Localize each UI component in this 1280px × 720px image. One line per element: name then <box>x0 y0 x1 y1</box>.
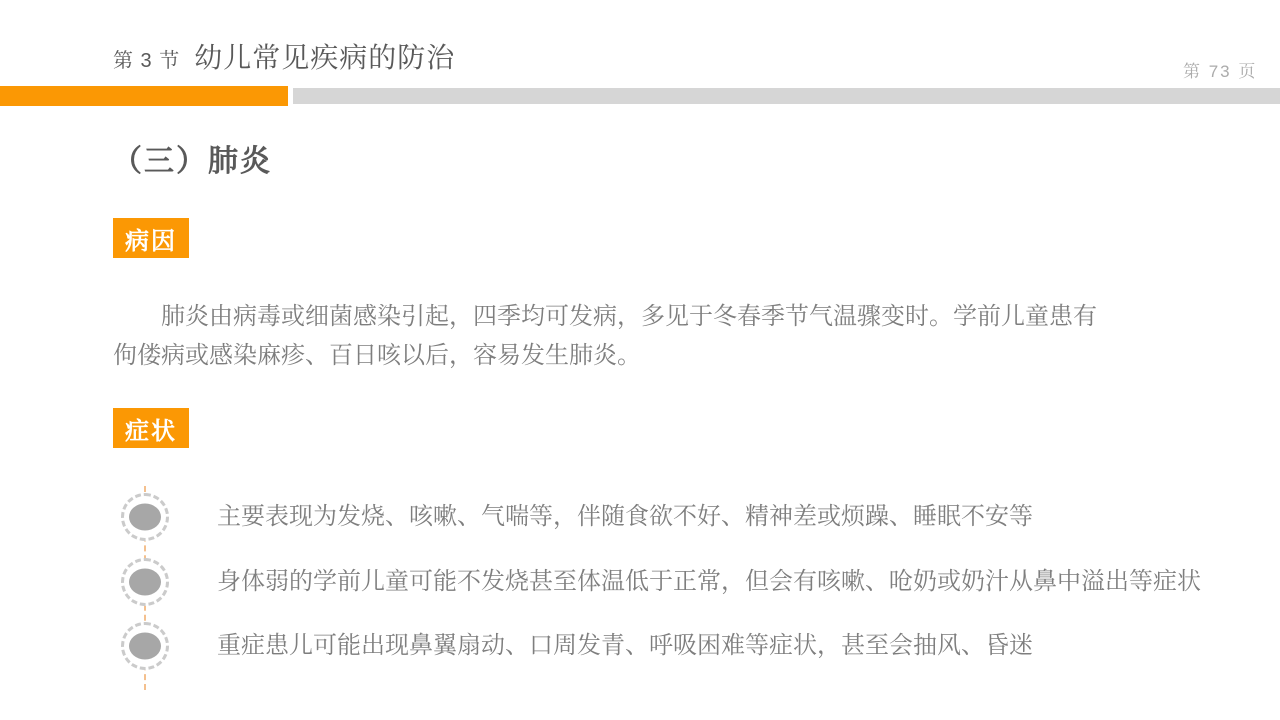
bullet-circle-icon <box>121 493 169 541</box>
symptom-text: 身体弱的学前儿童可能不发烧甚至体温低于正常，但会有咳嗽、呛奶或奶汁从鼻中溢出等症… <box>217 567 1201 597</box>
bullet-dot-icon <box>129 569 161 596</box>
symptom-list-item: 重症患儿可能出现鼻翼扇动、口周发青、呼吸困难等症状，甚至会抽风、昏迷 <box>0 622 1280 670</box>
symptom-text: 重症患儿可能出现鼻翼扇动、口周发青、呼吸困难等症状，甚至会抽风、昏迷 <box>217 631 1033 661</box>
section-label: 第 3 节 <box>113 44 180 73</box>
slide-header: 第 3 节 幼儿常见疾病的防治 <box>113 36 455 76</box>
symptom-text: 主要表现为发烧、咳嗽、气喘等，伴随食欲不好、精神差或烦躁、睡眠不安等 <box>217 502 1033 532</box>
symptom-list-item: 主要表现为发烧、咳嗽、气喘等，伴随食欲不好、精神差或烦躁、睡眠不安等 <box>0 493 1280 541</box>
bullet-dot-icon <box>129 633 161 660</box>
symptom-list-item: 身体弱的学前儿童可能不发烧甚至体温低于正常，但会有咳嗽、呛奶或奶汁从鼻中溢出等症… <box>0 558 1280 606</box>
cause-paragraph-line-2: 佝偻病或感染麻疹、百日咳以后，容易发生肺炎。 <box>113 336 1133 375</box>
bullet-circle-icon <box>121 558 169 606</box>
bullet-dot-icon <box>129 504 161 531</box>
header-title: 幼儿常见疾病的防治 <box>194 36 455 76</box>
cause-badge: 病因 <box>113 218 189 258</box>
cause-paragraph: 肺炎由病毒或细菌感染引起，四季均可发病，多见于冬春季节气温骤变时。学前儿童患有 … <box>113 297 1133 375</box>
symptoms-badge: 症状 <box>113 408 189 448</box>
slide: 第 3 节 幼儿常见疾病的防治 第 73 页 （三）肺炎 病因 肺炎由病毒或细菌… <box>0 0 1280 720</box>
cause-paragraph-line-1: 肺炎由病毒或细菌感染引起，四季均可发病，多见于冬春季节气温骤变时。学前儿童患有 <box>113 297 1133 336</box>
accent-band-orange <box>0 86 288 106</box>
bullet-circle-icon <box>121 622 169 670</box>
slide-heading: （三）肺炎 <box>112 136 272 180</box>
accent-band-gray <box>293 88 1280 104</box>
page-number: 第 73 页 <box>1183 57 1257 82</box>
